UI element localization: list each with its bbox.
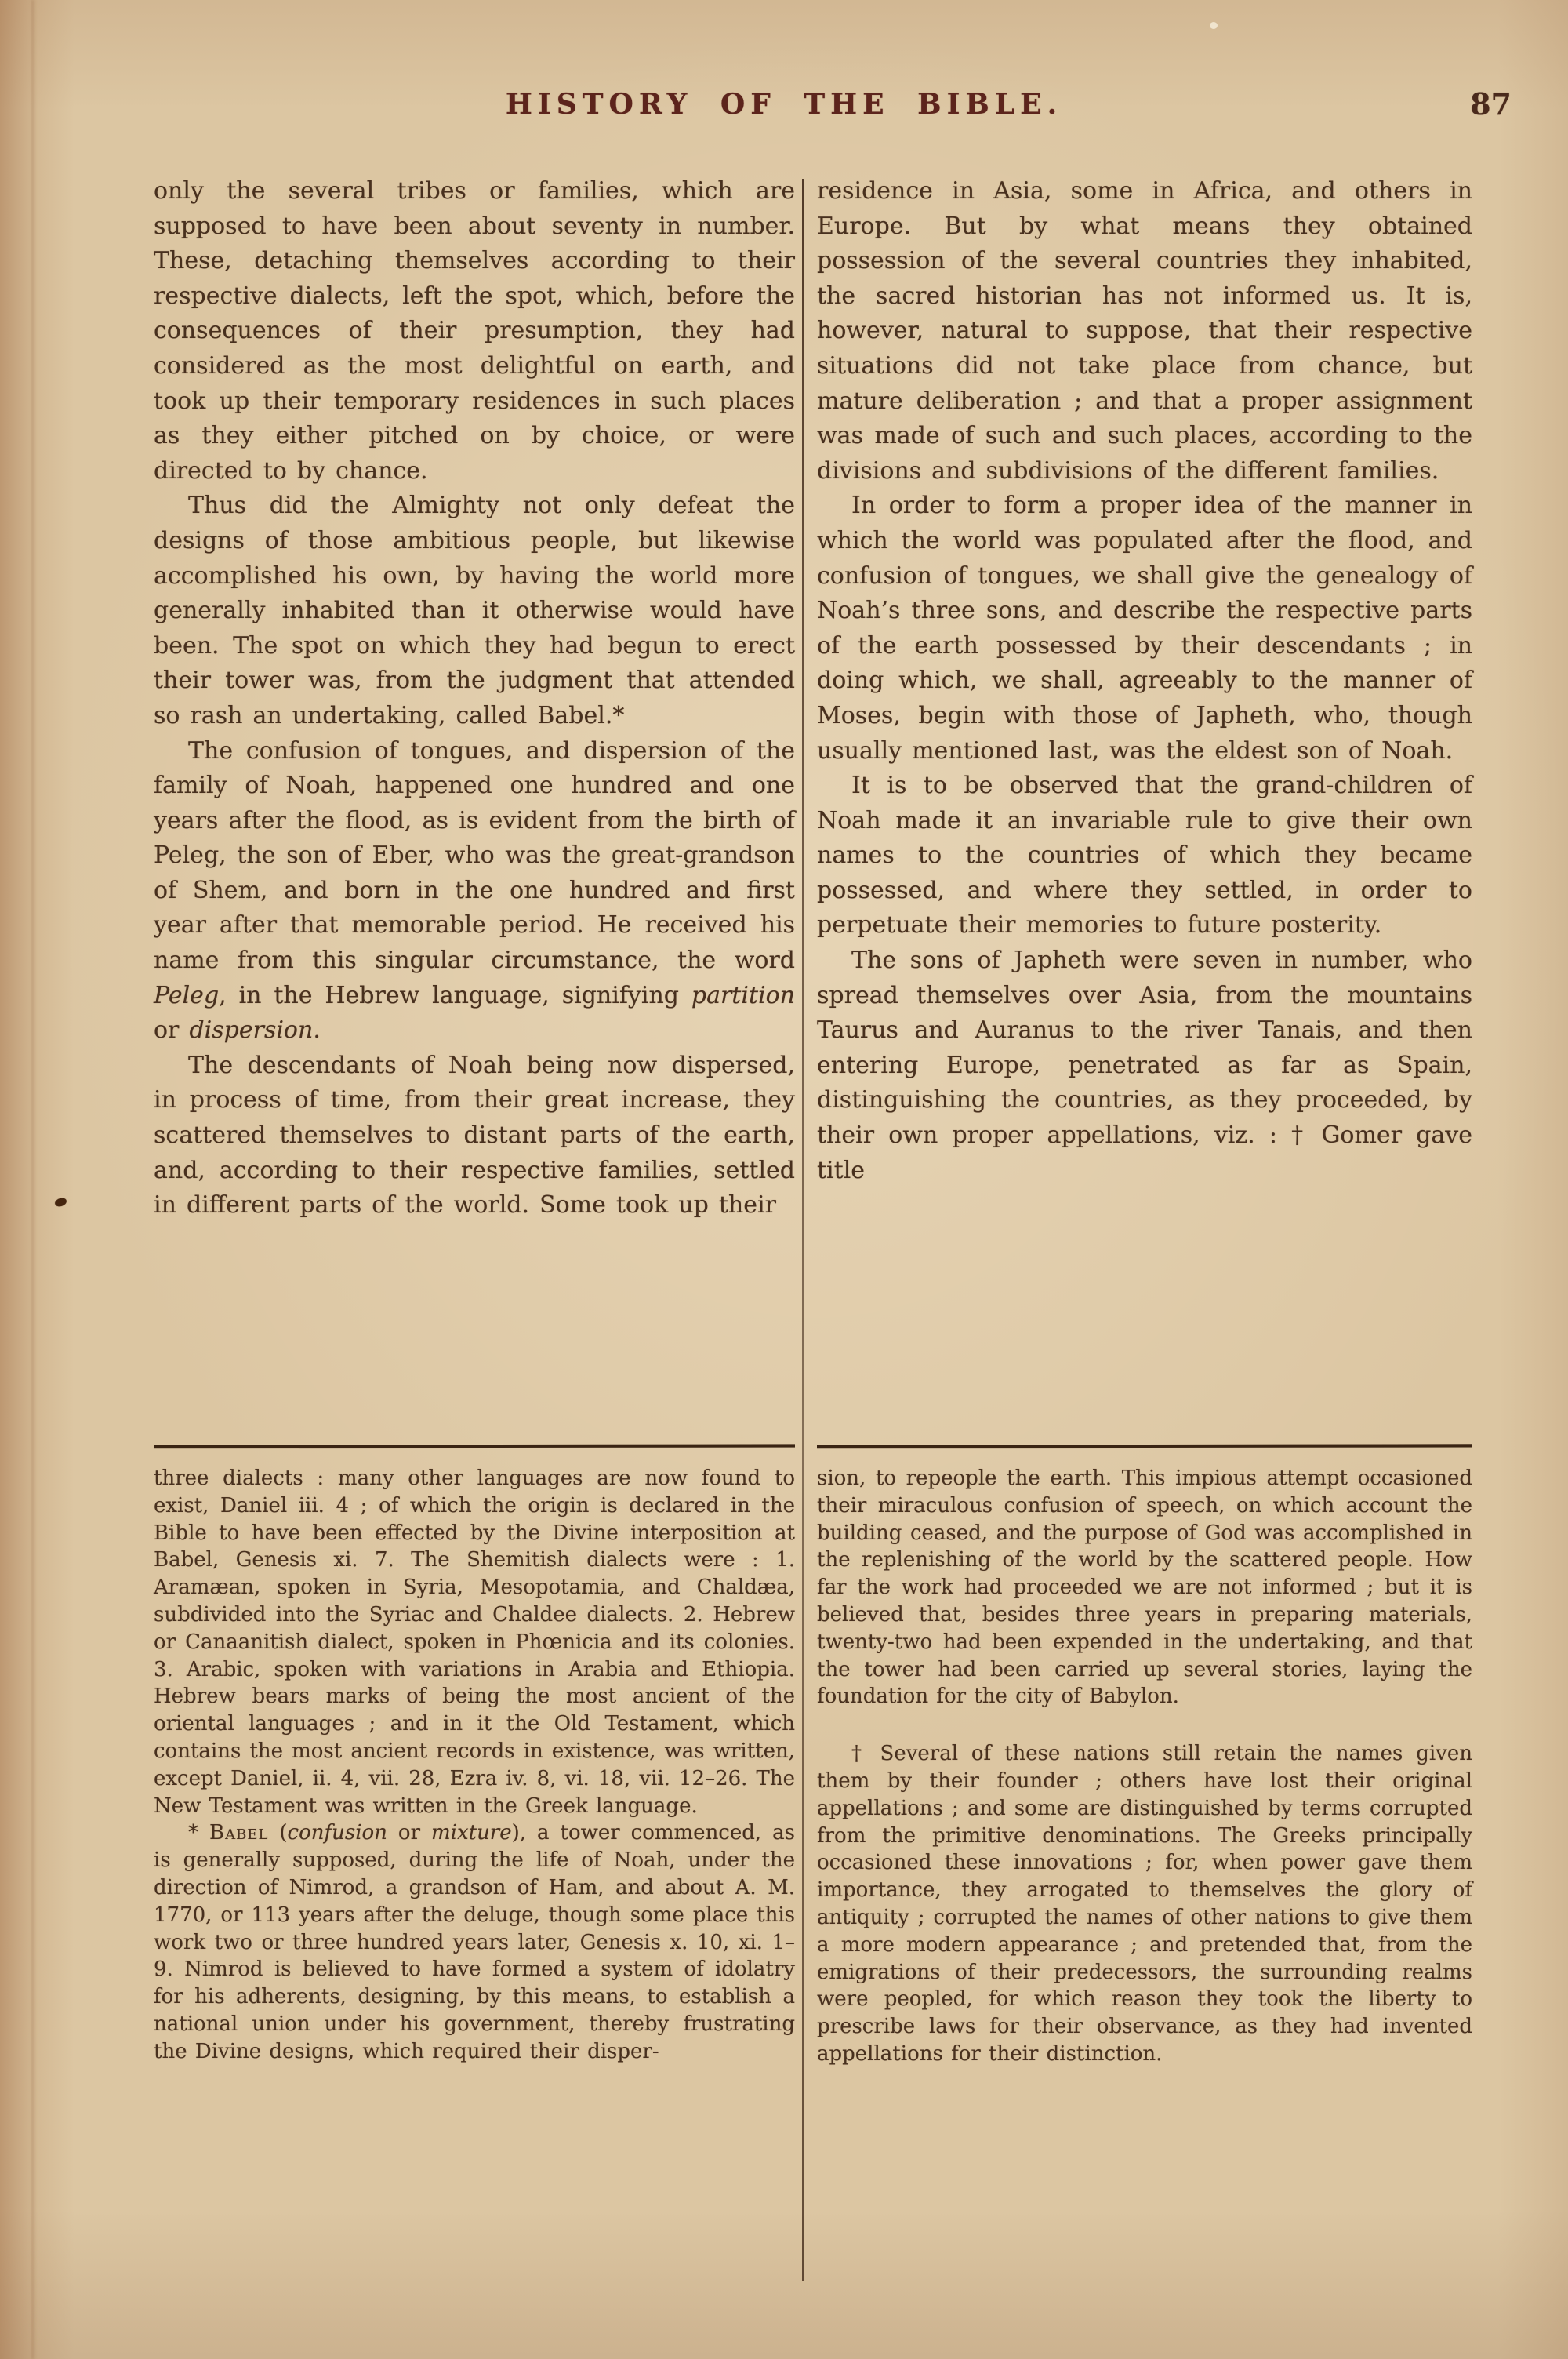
main-text-left-column: only the several tribes or families, whi… xyxy=(154,174,795,1223)
page-gutter-shadow xyxy=(31,0,36,2359)
running-header: HISTORY OF THE BIBLE. xyxy=(0,88,1568,121)
paragraph: only the several tribes or families, whi… xyxy=(154,174,795,489)
ink-speck xyxy=(54,1197,67,1208)
dust-speck xyxy=(1210,22,1218,29)
paragraph: three dialects : many other languages ar… xyxy=(154,1465,795,1819)
footnote-separator-rule-right xyxy=(817,1444,1472,1448)
paragraph: Thus did the Almighty not only defeat th… xyxy=(154,489,795,733)
paragraph: In order to form a proper idea of the ma… xyxy=(817,489,1472,769)
page-title: HISTORY OF THE BIBLE. xyxy=(506,88,1062,121)
column-divider-rule xyxy=(802,179,804,2281)
paragraph: sion, to repeople the earth. This impiou… xyxy=(817,1465,1472,1710)
paragraph: residence in Asia, some in Africa, and o… xyxy=(817,174,1472,489)
paragraph: * Babel (confusion or mixture), a tower … xyxy=(154,1819,795,2065)
paragraph: The descendants of Noah being now disper… xyxy=(154,1049,795,1223)
paragraph: The sons of Japheth were seven in number… xyxy=(817,943,1472,1188)
paragraph: The confusion of tongues, and dispersion… xyxy=(154,734,795,1049)
footnote-right-column: sion, to repeople the earth. This impiou… xyxy=(817,1465,1472,2068)
paragraph: † Several of these nations still retain … xyxy=(817,1740,1472,2068)
footnote-separator-rule-left xyxy=(154,1444,795,1448)
footnote-left-column: three dialects : many other languages ar… xyxy=(154,1465,795,2066)
paragraph: It is to be observed that the grand-chil… xyxy=(817,769,1472,943)
book-page-scan: HISTORY OF THE BIBLE. 87 only the severa… xyxy=(0,0,1568,2359)
main-text-right-column: residence in Asia, some in Africa, and o… xyxy=(817,174,1472,1188)
page-number: 87 xyxy=(1470,86,1512,122)
